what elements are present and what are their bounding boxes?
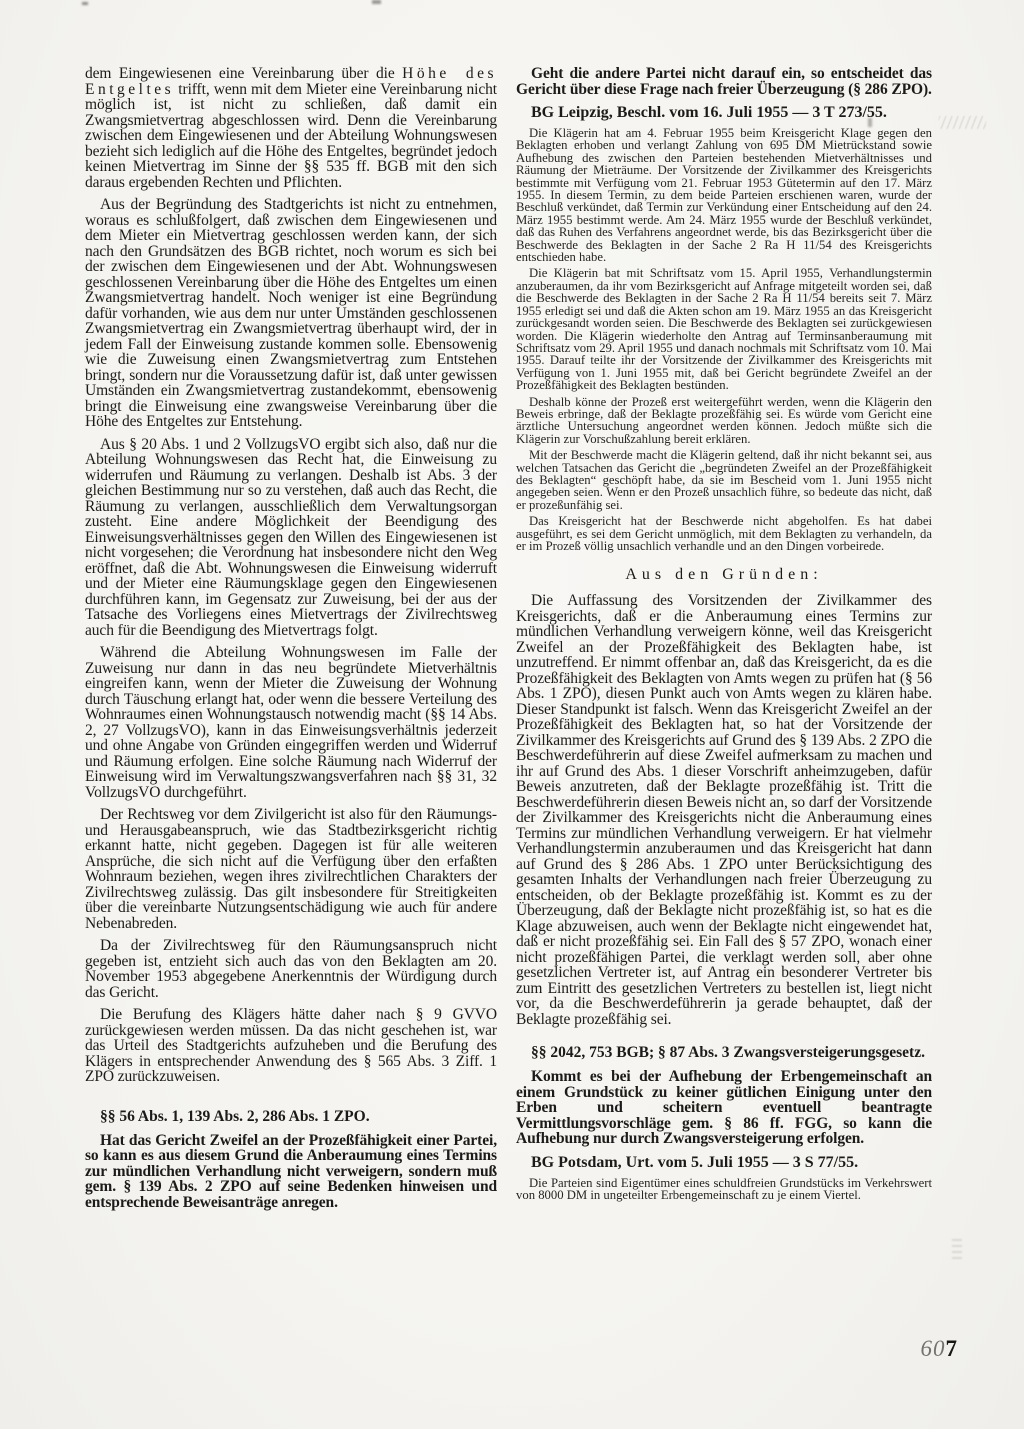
grounds-paragraph: Die Auffassung des Vorsitzenden der Zivi… xyxy=(516,593,932,1027)
facts-paragraph: Deshalb könne der Prozeß erst weitergefü… xyxy=(516,396,932,446)
facts-paragraph: Mit der Beschwerde macht die Klägerin ge… xyxy=(516,449,932,511)
facts-paragraph: Die Klägerin hat am 4. Februar 1955 beim… xyxy=(516,127,932,263)
page-number: 607 xyxy=(897,1336,957,1362)
statute-citation-heading: §§ 2042, 753 BGB; § 87 Abs. 3 Zwangsvers… xyxy=(516,1045,932,1061)
headnote-continued: Geht die andere Partei nicht darauf ein,… xyxy=(516,66,932,97)
statute-citation-heading: §§ 56 Abs. 1, 139 Abs. 2, 286 Abs. 1 ZPO… xyxy=(85,1109,497,1125)
paragraph: Der Rechtsweg vor dem Zivilgericht ist a… xyxy=(85,807,497,931)
headnote: Hat das Gericht Zweifel an der Prozeßfäh… xyxy=(85,1133,497,1211)
paragraph-text: dem Eingewiesenen eine Vereinbarung über… xyxy=(85,65,402,82)
facts-paragraph: Die Klägerin bat mit Schriftsatz vom 15.… xyxy=(516,267,932,391)
ink-smudge xyxy=(937,116,988,129)
paragraph-text: trifft, wenn mit dem Mieter eine Vereinb… xyxy=(85,81,497,191)
paragraph-continuation: dem Eingewiesenen eine Vereinbarung über… xyxy=(85,66,497,190)
case-reference: BG Leipzig, Beschl. vom 16. Juli 1955 — … xyxy=(516,104,932,121)
page-number-bold-digit: 7 xyxy=(946,1336,958,1361)
paragraph: Aus der Begründung des Stadtgerichts ist… xyxy=(85,197,497,430)
paragraph: Die Berufung des Klägers hätte daher nac… xyxy=(85,1007,497,1085)
grounds-section-heading: Aus den Gründen: xyxy=(516,566,932,584)
paragraph: Während die Abteilung Wohnungswesen im F… xyxy=(85,645,497,800)
right-column: Geht die andere Partei nicht darauf ein,… xyxy=(516,66,932,1206)
journal-page: dem Eingewiesenen eine Vereinbarung über… xyxy=(0,0,1024,1429)
ink-smudge xyxy=(952,1237,962,1259)
left-column: dem Eingewiesenen eine Vereinbarung über… xyxy=(85,66,497,1217)
facts-paragraph: Die Parteien sind Eigentümer eines schul… xyxy=(516,1177,932,1202)
ink-speck xyxy=(82,2,88,5)
paragraph: Da der Zivilrechtsweg für den Räumungsan… xyxy=(85,938,497,1000)
headnote: Kommt es bei der Aufhebung der Erbengeme… xyxy=(516,1069,932,1147)
page-number-light-digits: 60 xyxy=(921,1336,946,1361)
paragraph: Aus § 20 Abs. 1 und 2 VollzugsVO ergibt … xyxy=(85,437,497,639)
facts-paragraph: Das Kreisgericht hat der Beschwerde nich… xyxy=(516,515,932,552)
case-reference: BG Potsdam, Urt. vom 5. Juli 1955 — 3 S … xyxy=(516,1154,932,1171)
ink-speck xyxy=(372,0,381,4)
